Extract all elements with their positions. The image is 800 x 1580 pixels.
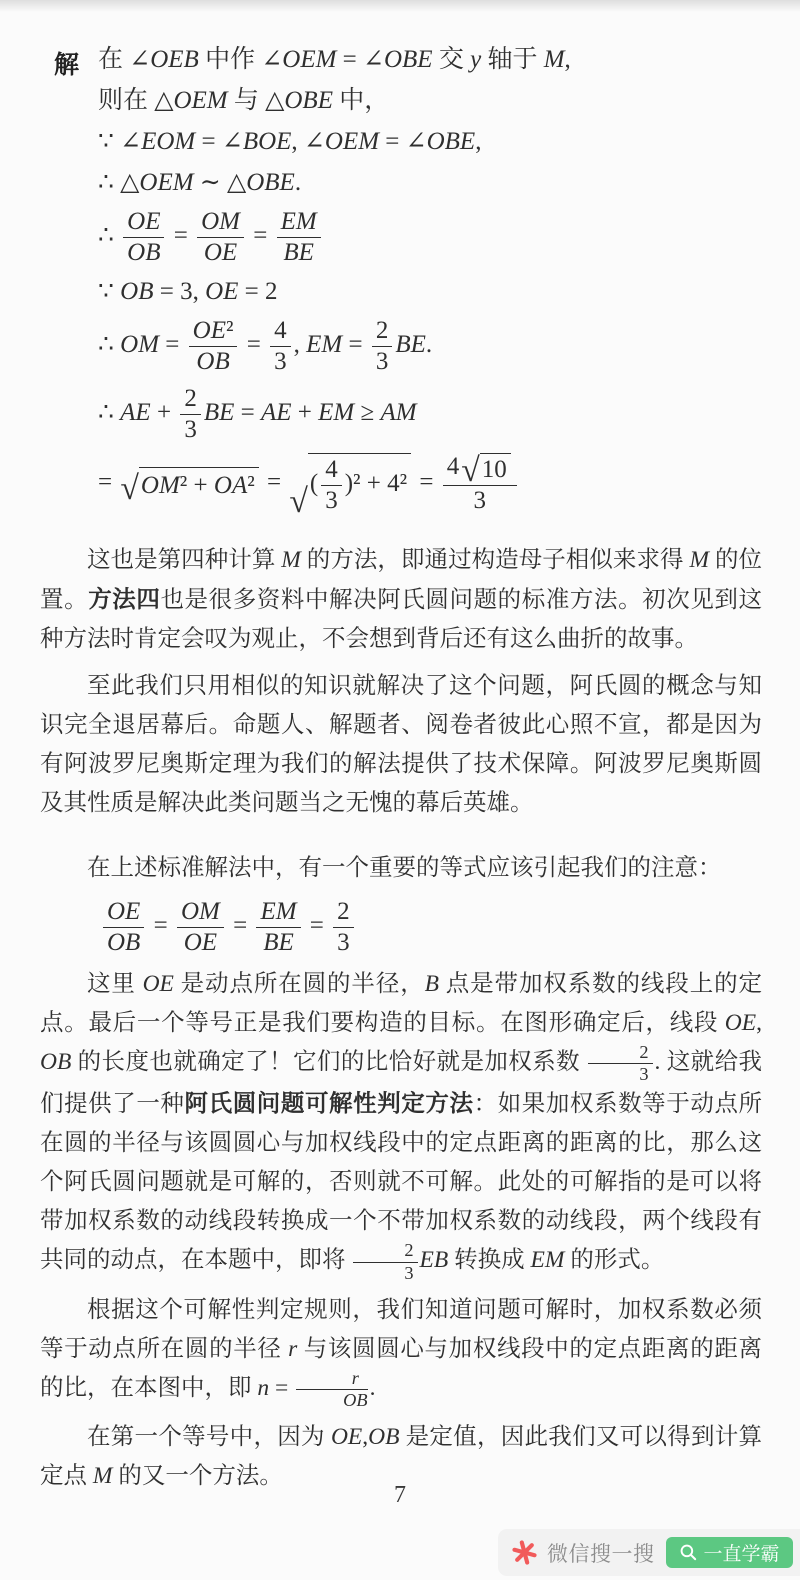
wechat-search-watermark: 微信搜一搜 一直学霸 [498,1529,800,1576]
solution-line-1: 在 ∠OEB 中作 ∠OEM = ∠OBE 交 y 轴于 M, [98,44,762,76]
wechat-search-label: 微信搜一搜 [547,1538,655,1568]
solution-line-om: ∴ OM = OE²OB = 43, EM = 23BE. [98,317,762,376]
search-button-label: 一直学霸 [704,1539,780,1566]
spark-icon [511,1539,538,1566]
ratio-display-formula: OEOB = OMOE = EMBE = 23 [40,898,762,957]
solution-block: 解 在 ∠OEB 中作 ∠OEM = ∠OBE 交 y 轴于 M, 则在 △OE… [40,44,762,515]
magnifier-icon [679,1543,698,1562]
paragraph-apollonius: 至此我们只用相似的知识就解决了这个问题，阿氏圆的概念与知识完全退居幕后。命题人、… [40,667,762,823]
paragraph-method4: 这也是第四种计算 M 的方法，即通过构造母子相似来求得 M 的位置。方法四也是很… [40,541,762,659]
solution-line-2: 则在 △OEM 与 △OBE 中， [98,85,762,117]
solution-line-sqrt: = √OM² + OA² = √(43)² + 4² = 4√103 [98,453,762,515]
solution-label: 解 [54,45,79,81]
solution-line-3: ∵ ∠EOM = ∠BOE, ∠OEM = ∠OBE, [98,126,762,158]
solution-line-4: ∴ △OEM ∼ △OBE. [98,167,762,199]
paragraph-solvability: 这里 OE 是动点所在圆的半径，B 点是带加权系数的线段上的定点。最后一个等号正… [40,965,762,1283]
paragraph-notice: 在上述标准解法中，有一个重要的等式应该引起我们的注意： [40,849,762,888]
search-button[interactable]: 一直学霸 [666,1537,793,1568]
document-page: 解 在 ∠OEB 中作 ∠OEM = ∠OBE 交 y 轴于 M, 则在 △OE… [40,44,762,1496]
solution-line-inequality: ∴ AE + 23BE = AE + EM ≥ AM [98,385,762,444]
page-number: 7 [0,1482,800,1509]
solution-line-ratio: ∴ OEOB = OMOE = EMBE [98,208,762,267]
solution-line-values: ∵ OB = 3, OE = 2 [98,276,762,308]
paragraph-rule: 根据这个可解性判定规则，我们知道问题可解时，加权系数必须等于动点所在圆的半径 r… [40,1291,762,1410]
page-top-shadow [0,0,800,12]
